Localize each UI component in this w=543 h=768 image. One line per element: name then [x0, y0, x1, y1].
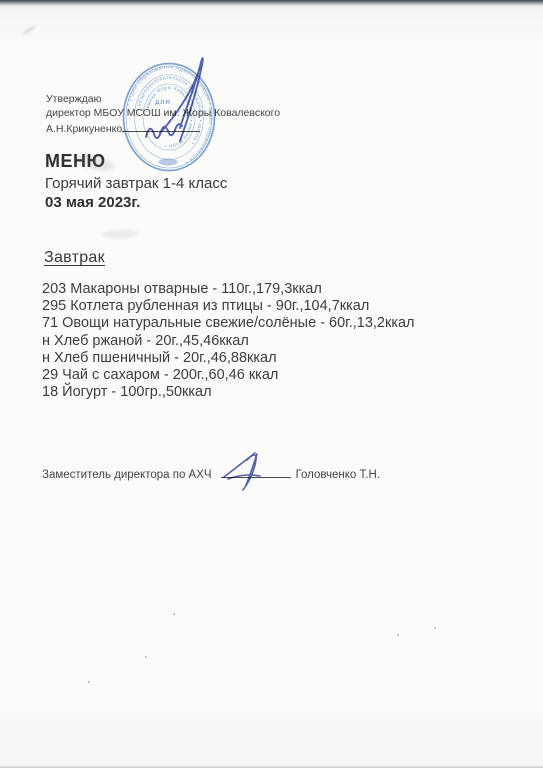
- section-heading-breakfast: Завтрак: [44, 249, 105, 267]
- menu-date: 03 мая 2023г.: [45, 193, 227, 212]
- menu-item: 71 Овощи натуральные свежие/солёные - 60…: [42, 315, 415, 332]
- menu-item: н Хлеб ржаной - 20г.,45,46ккал: [42, 333, 415, 350]
- scan-speck: [88, 681, 90, 683]
- director-signature: [130, 50, 220, 150]
- scan-smudge: [22, 24, 37, 35]
- scan-edge-top: [0, 0, 543, 6]
- director-name: А.Н.Крикуненко: [46, 123, 122, 135]
- title-block: МЕНЮ Горячий завтрак 1-4 класс 03 мая 20…: [45, 151, 227, 212]
- deputy-name: Головченко Т.Н.: [296, 469, 380, 481]
- scan-smudge: [102, 229, 138, 239]
- menu-item: 295 Котлета рубленная из птицы - 90г.,10…: [42, 298, 415, 315]
- scan-speck: [434, 627, 436, 629]
- menu-item: 203 Макароны отварные - 110г.,179,3ккал: [42, 281, 415, 298]
- scan-speck: [397, 634, 399, 636]
- scan-speck: [173, 613, 175, 615]
- deputy-signature: [215, 444, 275, 496]
- menu-subtitle: Горячий завтрак 1-4 класс: [45, 174, 227, 193]
- menu-item: 29 Чай с сахаром - 200г.,60,46 ккал: [42, 367, 415, 384]
- menu-items-list: 203 Макароны отварные - 110г.,179,3ккал …: [42, 281, 415, 401]
- menu-item: н Хлеб пшеничный - 20г.,46,88ккал: [42, 350, 415, 367]
- scan-speck: [145, 656, 147, 658]
- menu-title: МЕНЮ: [45, 151, 227, 172]
- menu-item: 18 Йогурт - 100гр.,50ккал: [42, 384, 415, 401]
- scanned-menu-document: Утверждаю директор МБОУ МСОШ им. Жоры Ко…: [0, 0, 543, 768]
- deputy-role: Заместитель директора по АХЧ: [42, 469, 212, 481]
- footer-signature-row: Заместитель директора по АХЧГоловченко Т…: [42, 466, 380, 481]
